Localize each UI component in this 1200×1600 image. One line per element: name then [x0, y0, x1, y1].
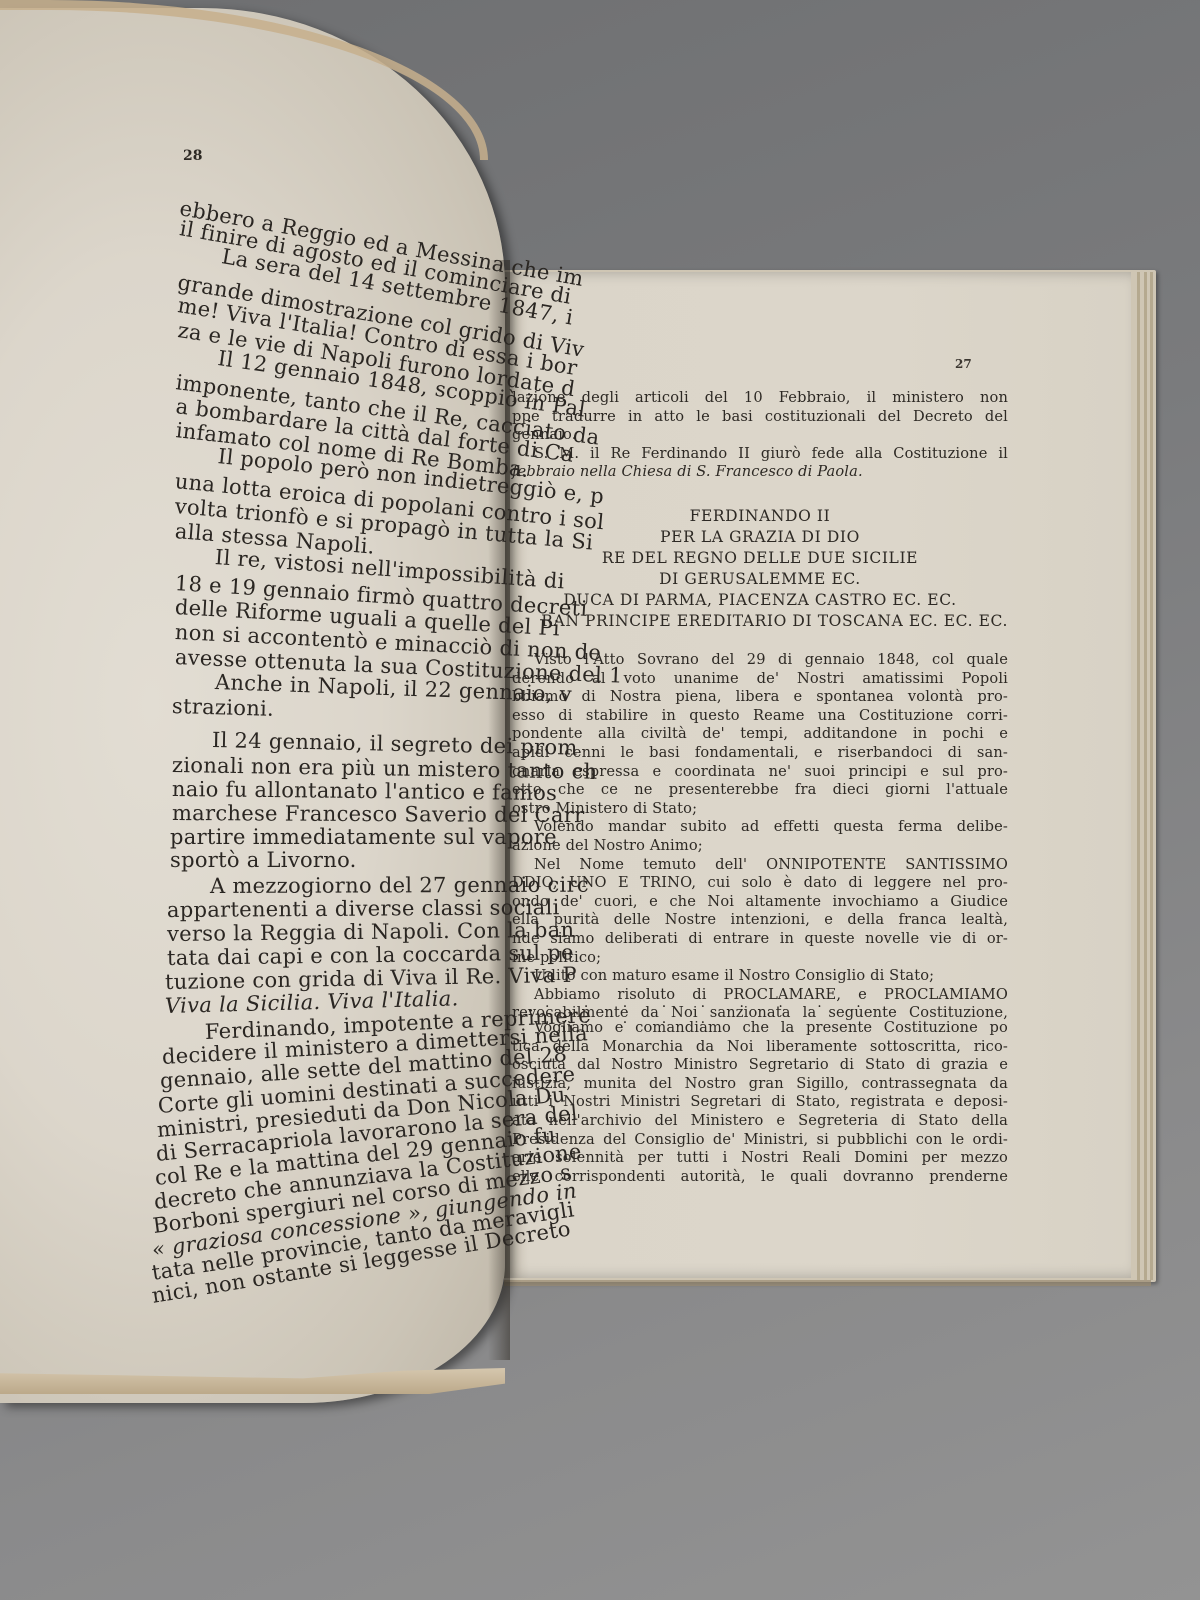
text-line: nde siamo deliberati di entrare in quest…: [512, 930, 1008, 949]
text-line: sportò a Livorno.: [170, 848, 357, 872]
text-line: ine politico;: [512, 949, 1008, 968]
heading-line: DI GERUSALEMME EC.: [512, 569, 1008, 590]
text-line: esso di stabilire in questo Reame una Co…: [512, 707, 1008, 726]
text-line: strazioni.: [172, 694, 275, 721]
text-line: ostro Ministero di Stato;: [512, 800, 1008, 819]
text-line: arie solennità per tutti i Nostri Reali …: [512, 1149, 1008, 1168]
text-line: iustizia, munita del Nostro gran Sigillo…: [512, 1075, 1008, 1094]
page-number-right: 27: [955, 357, 972, 371]
text-line: A mezzogiorno del 27 gennaio circ: [210, 873, 589, 898]
text-line: Nel Nome temuto dell' ONNIPOTENTE SANTIS…: [512, 856, 1008, 875]
text-line: pondente alla civiltà de' tempi, additan…: [512, 725, 1008, 744]
page-bottom-edge: [504, 1280, 1151, 1286]
text-line: ata nell'archivio del Ministero e Segret…: [512, 1112, 1008, 1131]
text-line: bbiamo di Nostra piena, libera e spontan…: [512, 688, 1008, 707]
text-line: marchese Francesco Saverio del Carr: [172, 801, 585, 827]
text-line: osciuta dal Nostro Ministro Segretario d…: [512, 1056, 1008, 1075]
text-line: partire immediatamente sul vapore: [170, 825, 557, 849]
page-edge: [1144, 272, 1147, 1280]
right-body-text: Visto l'Atto Sovrano del 29 di gennaio 1…: [512, 651, 1008, 1023]
text-line: Volendo mandar subito ad effetti questa …: [512, 818, 1008, 837]
text-line: ella purità delle Nostre intenzioni, e d…: [512, 911, 1008, 930]
text-line: febbraio nella Chiesa di S. Francesco di…: [512, 463, 1008, 482]
text-line: elle corrispondenti autorità, le quali d…: [512, 1168, 1008, 1187]
page-edge: [1150, 272, 1153, 1280]
text-line: azione del Nostro Animo;: [512, 837, 1008, 856]
page-number-left: 28: [183, 148, 202, 164]
page-edge: [1137, 272, 1140, 1280]
text-line: Presidenza del Consiglio de' Ministri, s…: [512, 1131, 1008, 1150]
text-line: etto che ce ne presenterebbe fra dieci g…: [512, 781, 1008, 800]
text-line: utti i Nostri Ministri Segretari di Stat…: [512, 1093, 1008, 1112]
text-line: Udito con maturo esame il Nostro Consigl…: [512, 967, 1008, 986]
